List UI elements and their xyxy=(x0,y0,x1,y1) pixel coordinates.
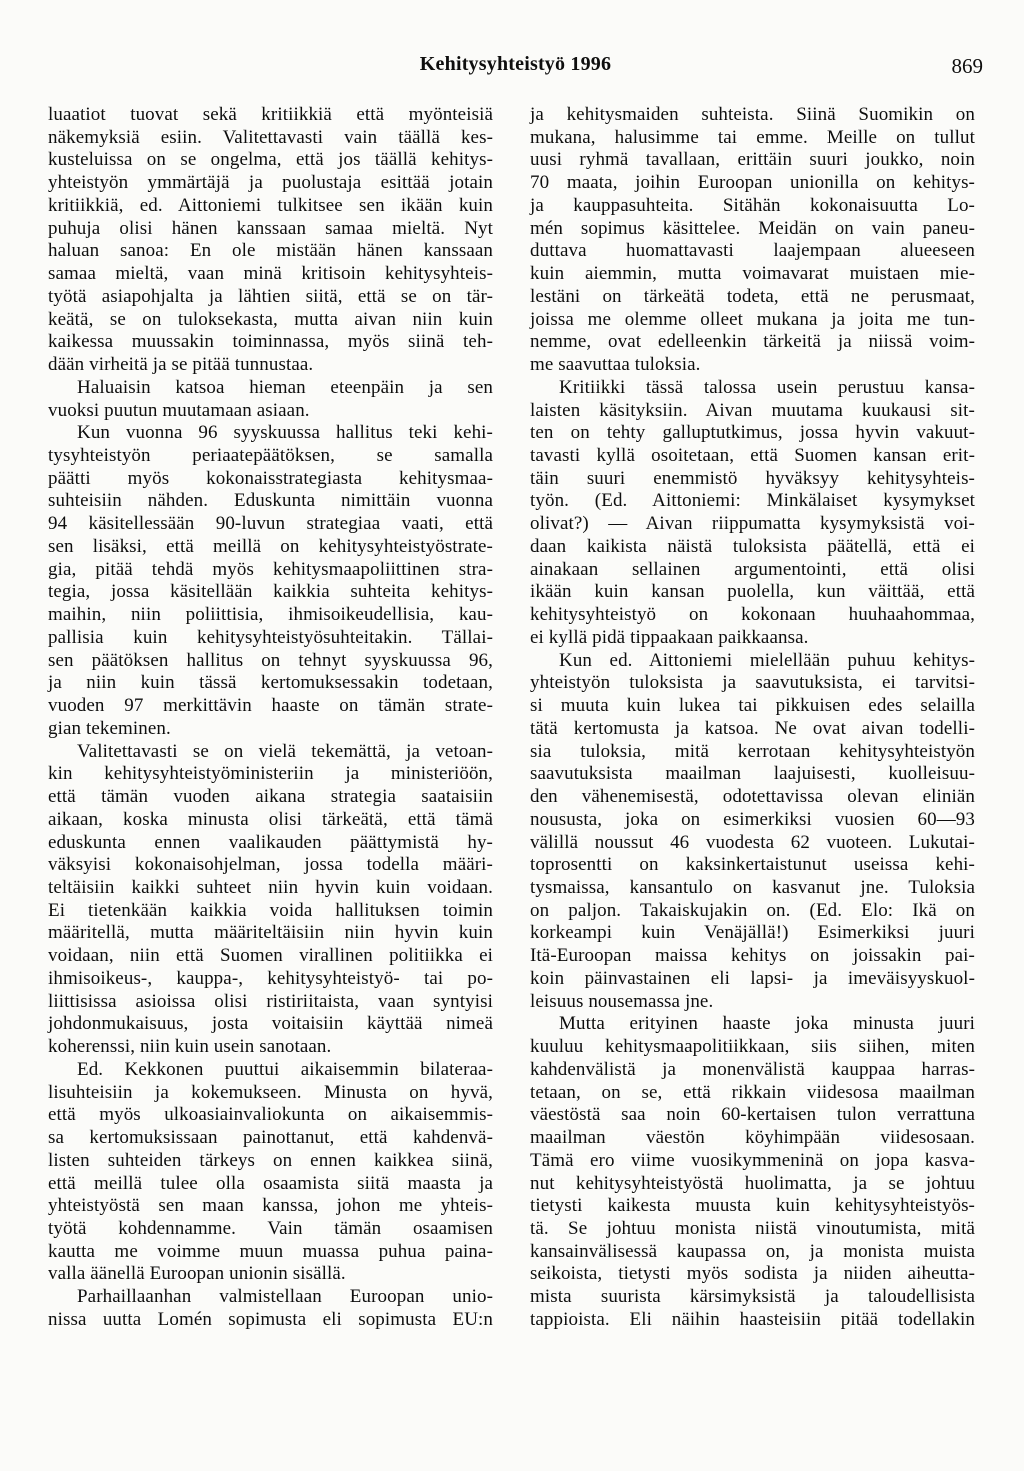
text-line: sen päätöksen hallitus on tehnyt syyskuu… xyxy=(48,650,493,673)
text-line: johdonmukaisuus, josta voitaisiin käyttä… xyxy=(48,1013,493,1036)
text-line: noususta, joka on esimerkiksi vuosien 60… xyxy=(530,809,975,832)
text-line: daan kaikista näistä tuloksista päätellä… xyxy=(530,536,975,559)
text-line: tätä kertomusta ja katsoa. Ne ovat aivan… xyxy=(530,718,975,741)
text-line: tietysti kaikesta muusta kuin kehitysyht… xyxy=(530,1195,975,1218)
text-line: kahdenvälistä ja monenvälistä kauppaa ha… xyxy=(530,1059,975,1082)
text-line: Parhaillaanhan valmistellaan Euroopan un… xyxy=(48,1286,493,1309)
text-line: kuin aiemmin, mutta voimavarat muistaen … xyxy=(530,263,975,286)
text-line: kin kehitysyhteistyöministeriin ja minis… xyxy=(48,763,493,786)
text-line: tavasti kyllä osoitetaan, että Suomen ka… xyxy=(530,445,975,468)
text-line: kuuluu kehitysmaapolitiikkaan, siis siih… xyxy=(530,1036,975,1059)
text-line: kansainvälisessä kaupassa on, ja monista… xyxy=(530,1241,975,1264)
text-line: Ei tietenkään kaikkia voida hallituksen … xyxy=(48,900,493,923)
text-line: Itä-Euroopan maissa kehitys on joissakin… xyxy=(530,945,975,968)
text-line: vuoden 97 merkittävin haaste on tämän st… xyxy=(48,695,493,718)
text-line: saavutuksista maailman laajuisesti, kuol… xyxy=(530,763,975,786)
text-line: samaa mieltä, vaan minä kritisoin kehity… xyxy=(48,263,493,286)
text-line: valla äänellä Euroopan unionin sisällä. xyxy=(48,1263,493,1286)
text-line: työn. (Ed. Aittoniemi: Minkälaiset kysym… xyxy=(530,490,975,513)
text-line: Kun vuonna 96 syyskuussa hallitus teki k… xyxy=(48,422,493,445)
text-line: tetaan, on se, että rikkain viidesosa ma… xyxy=(530,1082,975,1105)
text-line: nemme, ovat edelleenkin tärkeitä ja niis… xyxy=(530,331,975,354)
text-line: koherenssi, niin kuin usein sanotaan. xyxy=(48,1036,493,1059)
text-line: mukana, halusimme tai emme. Meille on tu… xyxy=(530,127,975,150)
text-column-right: ja kehitysmaiden suhteista. Siinä Suomik… xyxy=(530,104,975,1332)
text-line: olivat?) — Aivan riippumatta kysymyksist… xyxy=(530,513,975,536)
text-line: tä. Se johtuu monista niistä vinoutumist… xyxy=(530,1218,975,1241)
text-line: välillä noussut 46 vuodesta 62 vuoteen. … xyxy=(530,832,975,855)
text-line: gian tekeminen. xyxy=(48,718,493,741)
text-line: Haluaisin katsoa hieman eteenpäin ja sen xyxy=(48,377,493,400)
text-line: puhuja olisi hänen kanssaan samaa mieltä… xyxy=(48,218,493,241)
text-line: Valitettavasti se on vielä tekemättä, ja… xyxy=(48,741,493,764)
text-line: tysyhteistyön periaatepäätöksen, se sama… xyxy=(48,445,493,468)
text-line: kehitysyhteistyö on kokonaan huuhaahomma… xyxy=(530,604,975,627)
text-line: suhteisiin nähden. Eduskunta nimittäin v… xyxy=(48,490,493,513)
text-line: on paljon. Takaiskujakin on. (Ed. Elo: I… xyxy=(530,900,975,923)
text-line: ainakaan sellainen argumentointi, että o… xyxy=(530,559,975,582)
text-line: kritiikkiä, ed. Aittoniemi tulkitsee sen… xyxy=(48,195,493,218)
text-line: gia, pitää tehdä myös kehitysmaapoliitti… xyxy=(48,559,493,582)
text-line: me saavuttaa tuloksia. xyxy=(530,354,975,377)
text-line: nissa uutta Lomén sopimusta eli sopimust… xyxy=(48,1309,493,1332)
text-line: luaatiot tuovat sekä kritiikkiä että myö… xyxy=(48,104,493,127)
text-line: väksyisi kokonaisohjelman, jossa todella… xyxy=(48,854,493,877)
text-line: liittisissa asioissa olisi ristiriitaist… xyxy=(48,991,493,1014)
text-line: vuoksi puutun muutamaan asiaan. xyxy=(48,400,493,423)
text-line: että meillä tulee olla osaamista siitä m… xyxy=(48,1173,493,1196)
text-line: ja kehitysmaiden suhteista. Siinä Suomik… xyxy=(530,104,975,127)
text-line: leisuus nousemassa jne. xyxy=(530,991,975,1014)
text-line: mén sopimus käsittelee. Meidän on vain p… xyxy=(530,218,975,241)
text-line: sia tuloksia, mitä kerrotaan kehitysyhte… xyxy=(530,741,975,764)
text-line: joissa me olemme olleet mukana ja joita … xyxy=(530,309,975,332)
page-header: Kehitysyhteistyö 1996 869 xyxy=(48,53,983,79)
text-line: yhteistyöstä sen maan kanssa, johon me y… xyxy=(48,1195,493,1218)
text-line: sen lisäksi, että meillä on kehitysyhtei… xyxy=(48,536,493,559)
text-line: Ed. Kekkonen puuttui aikaisemmin bilater… xyxy=(48,1059,493,1082)
text-line: seikoista, tietysti myös sodista ja niid… xyxy=(530,1263,975,1286)
text-line: voidaan, niin että Suomen virallinen pol… xyxy=(48,945,493,968)
text-line: listen suhteiden tärkeys on ennen kaikke… xyxy=(48,1150,493,1173)
text-line: lisuhteisiin ja kokemukseen. Minusta on … xyxy=(48,1082,493,1105)
text-line: tappioista. Eli näihin haasteisiin pitää… xyxy=(530,1309,975,1332)
text-line: täin suuri enemmistö hyväksyy kehitysyht… xyxy=(530,468,975,491)
text-body: luaatiot tuovat sekä kritiikkiä että myö… xyxy=(48,104,975,1332)
text-line: 94 käsitellessään 90-luvun strategiaa va… xyxy=(48,513,493,536)
text-line: Kritiikki tässä talossa usein perustuu k… xyxy=(530,377,975,400)
page-title: Kehitysyhteistyö 1996 xyxy=(48,53,983,76)
text-line: maailman väestön köyhimpään viidesosaan. xyxy=(530,1127,975,1150)
text-line: yhteistyön ymmärtäjä ja puolustaja esitt… xyxy=(48,172,493,195)
text-line: kautta me voimme muun muassa puhua paina… xyxy=(48,1241,493,1264)
text-line: Kun ed. Aittoniemi mielellään puhuu kehi… xyxy=(530,650,975,673)
text-line: keätä, se on tuloksekasta, mutta aivan n… xyxy=(48,309,493,332)
text-line: dään virheitä ja se pitää tunnustaa. xyxy=(48,354,493,377)
text-line: teltäisiin kaikki suhteet niin hyvin kui… xyxy=(48,877,493,900)
text-line: ja niin kuin tässä kertomuksessakin tode… xyxy=(48,672,493,695)
text-line: eduskunta ennen vaalikauden päättymistä … xyxy=(48,832,493,855)
page: Kehitysyhteistyö 1996 869 luaatiot tuova… xyxy=(0,0,1024,1471)
text-line: päätti myös kokonaisstrategiasta kehitys… xyxy=(48,468,493,491)
text-line: ei kyllä pidä tippaakaan paikkaansa. xyxy=(530,627,975,650)
text-line: si muuta kuin lukea tai pikkuisen edes s… xyxy=(530,695,975,718)
text-line: että myös ulkoasiainvaliokunta on aikais… xyxy=(48,1104,493,1127)
text-line: korkeampi kuin Venäjällä!) Esimerkiksi j… xyxy=(530,922,975,945)
text-line: duttava huomattavasti laajempaan alueese… xyxy=(530,240,975,263)
text-line: määritellä, mutta määriteltäisiin niin h… xyxy=(48,922,493,945)
text-line: väestöstä saa noin 60-kertaisen tulon ve… xyxy=(530,1104,975,1127)
text-line: tegia, jossa käsitellään kaikkia suhteit… xyxy=(48,581,493,604)
text-line: den vähenemisestä, odotettavissa olevan … xyxy=(530,786,975,809)
text-line: Tämä ero viime vuosikymmeninä on jopa ka… xyxy=(530,1150,975,1173)
text-line: sa kertomuksissaan painottanut, että kah… xyxy=(48,1127,493,1150)
text-line: haluan sanoa: En ole mistään hänen kanss… xyxy=(48,240,493,263)
text-line: nut kehitysyhteistyöstä huolimatta, ja s… xyxy=(530,1173,975,1196)
text-line: kaikessa muussakin toiminnassa, myös sii… xyxy=(48,331,493,354)
text-line: että tämän vuoden aikana strategia saata… xyxy=(48,786,493,809)
text-line: Mutta erityinen haaste joka minusta juur… xyxy=(530,1013,975,1036)
text-line: näkemyksiä esiin. Valitettavasti vain tä… xyxy=(48,127,493,150)
text-line: aikaan, koska minusta olisi tärkeätä, et… xyxy=(48,809,493,832)
text-line: työtä asiapohjalta ja lähtien siitä, ett… xyxy=(48,286,493,309)
text-line: tysmaissa, kansantulo on kasvanut jne. T… xyxy=(530,877,975,900)
text-line: lestäni on tärkeätä todeta, että ne peru… xyxy=(530,286,975,309)
text-line: ten on tehty galluptutkimus, jossa hyvin… xyxy=(530,422,975,445)
text-line: ihmisoikeus-, kauppa-, kehitysyhteistyö-… xyxy=(48,968,493,991)
text-line: laisten käsityksiin. Aivan muutama kuuka… xyxy=(530,400,975,423)
text-line: ikään kuin kansan puolella, kun väittää,… xyxy=(530,581,975,604)
text-column-left: luaatiot tuovat sekä kritiikkiä että myö… xyxy=(48,104,493,1332)
text-line: työtä kohdennamme. Vain tämän osaamisen xyxy=(48,1218,493,1241)
text-line: ja kauppasuhteita. Sitähän kokonaisuutta… xyxy=(530,195,975,218)
text-line: yhteistyön tuloksista ja saavutuksista, … xyxy=(530,672,975,695)
text-line: pallisia kuin kehitysyhteistyösuhteitaki… xyxy=(48,627,493,650)
page-number: 869 xyxy=(952,54,984,79)
text-line: uusi ryhmä tavallaan, erittäin suuri jou… xyxy=(530,149,975,172)
text-line: mista suurista kärsimyksistä ja taloudel… xyxy=(530,1286,975,1309)
text-line: 70 maata, joihin Euroopan unionilla on k… xyxy=(530,172,975,195)
text-line: toprosentti on kaksinkertaistunut useiss… xyxy=(530,854,975,877)
text-line: koin päinvastainen eli lapsi- ja imeväis… xyxy=(530,968,975,991)
text-line: kusteluissa on se ongelma, että jos tääl… xyxy=(48,149,493,172)
text-line: maihin, niin poliittisia, ihmisoikeudell… xyxy=(48,604,493,627)
